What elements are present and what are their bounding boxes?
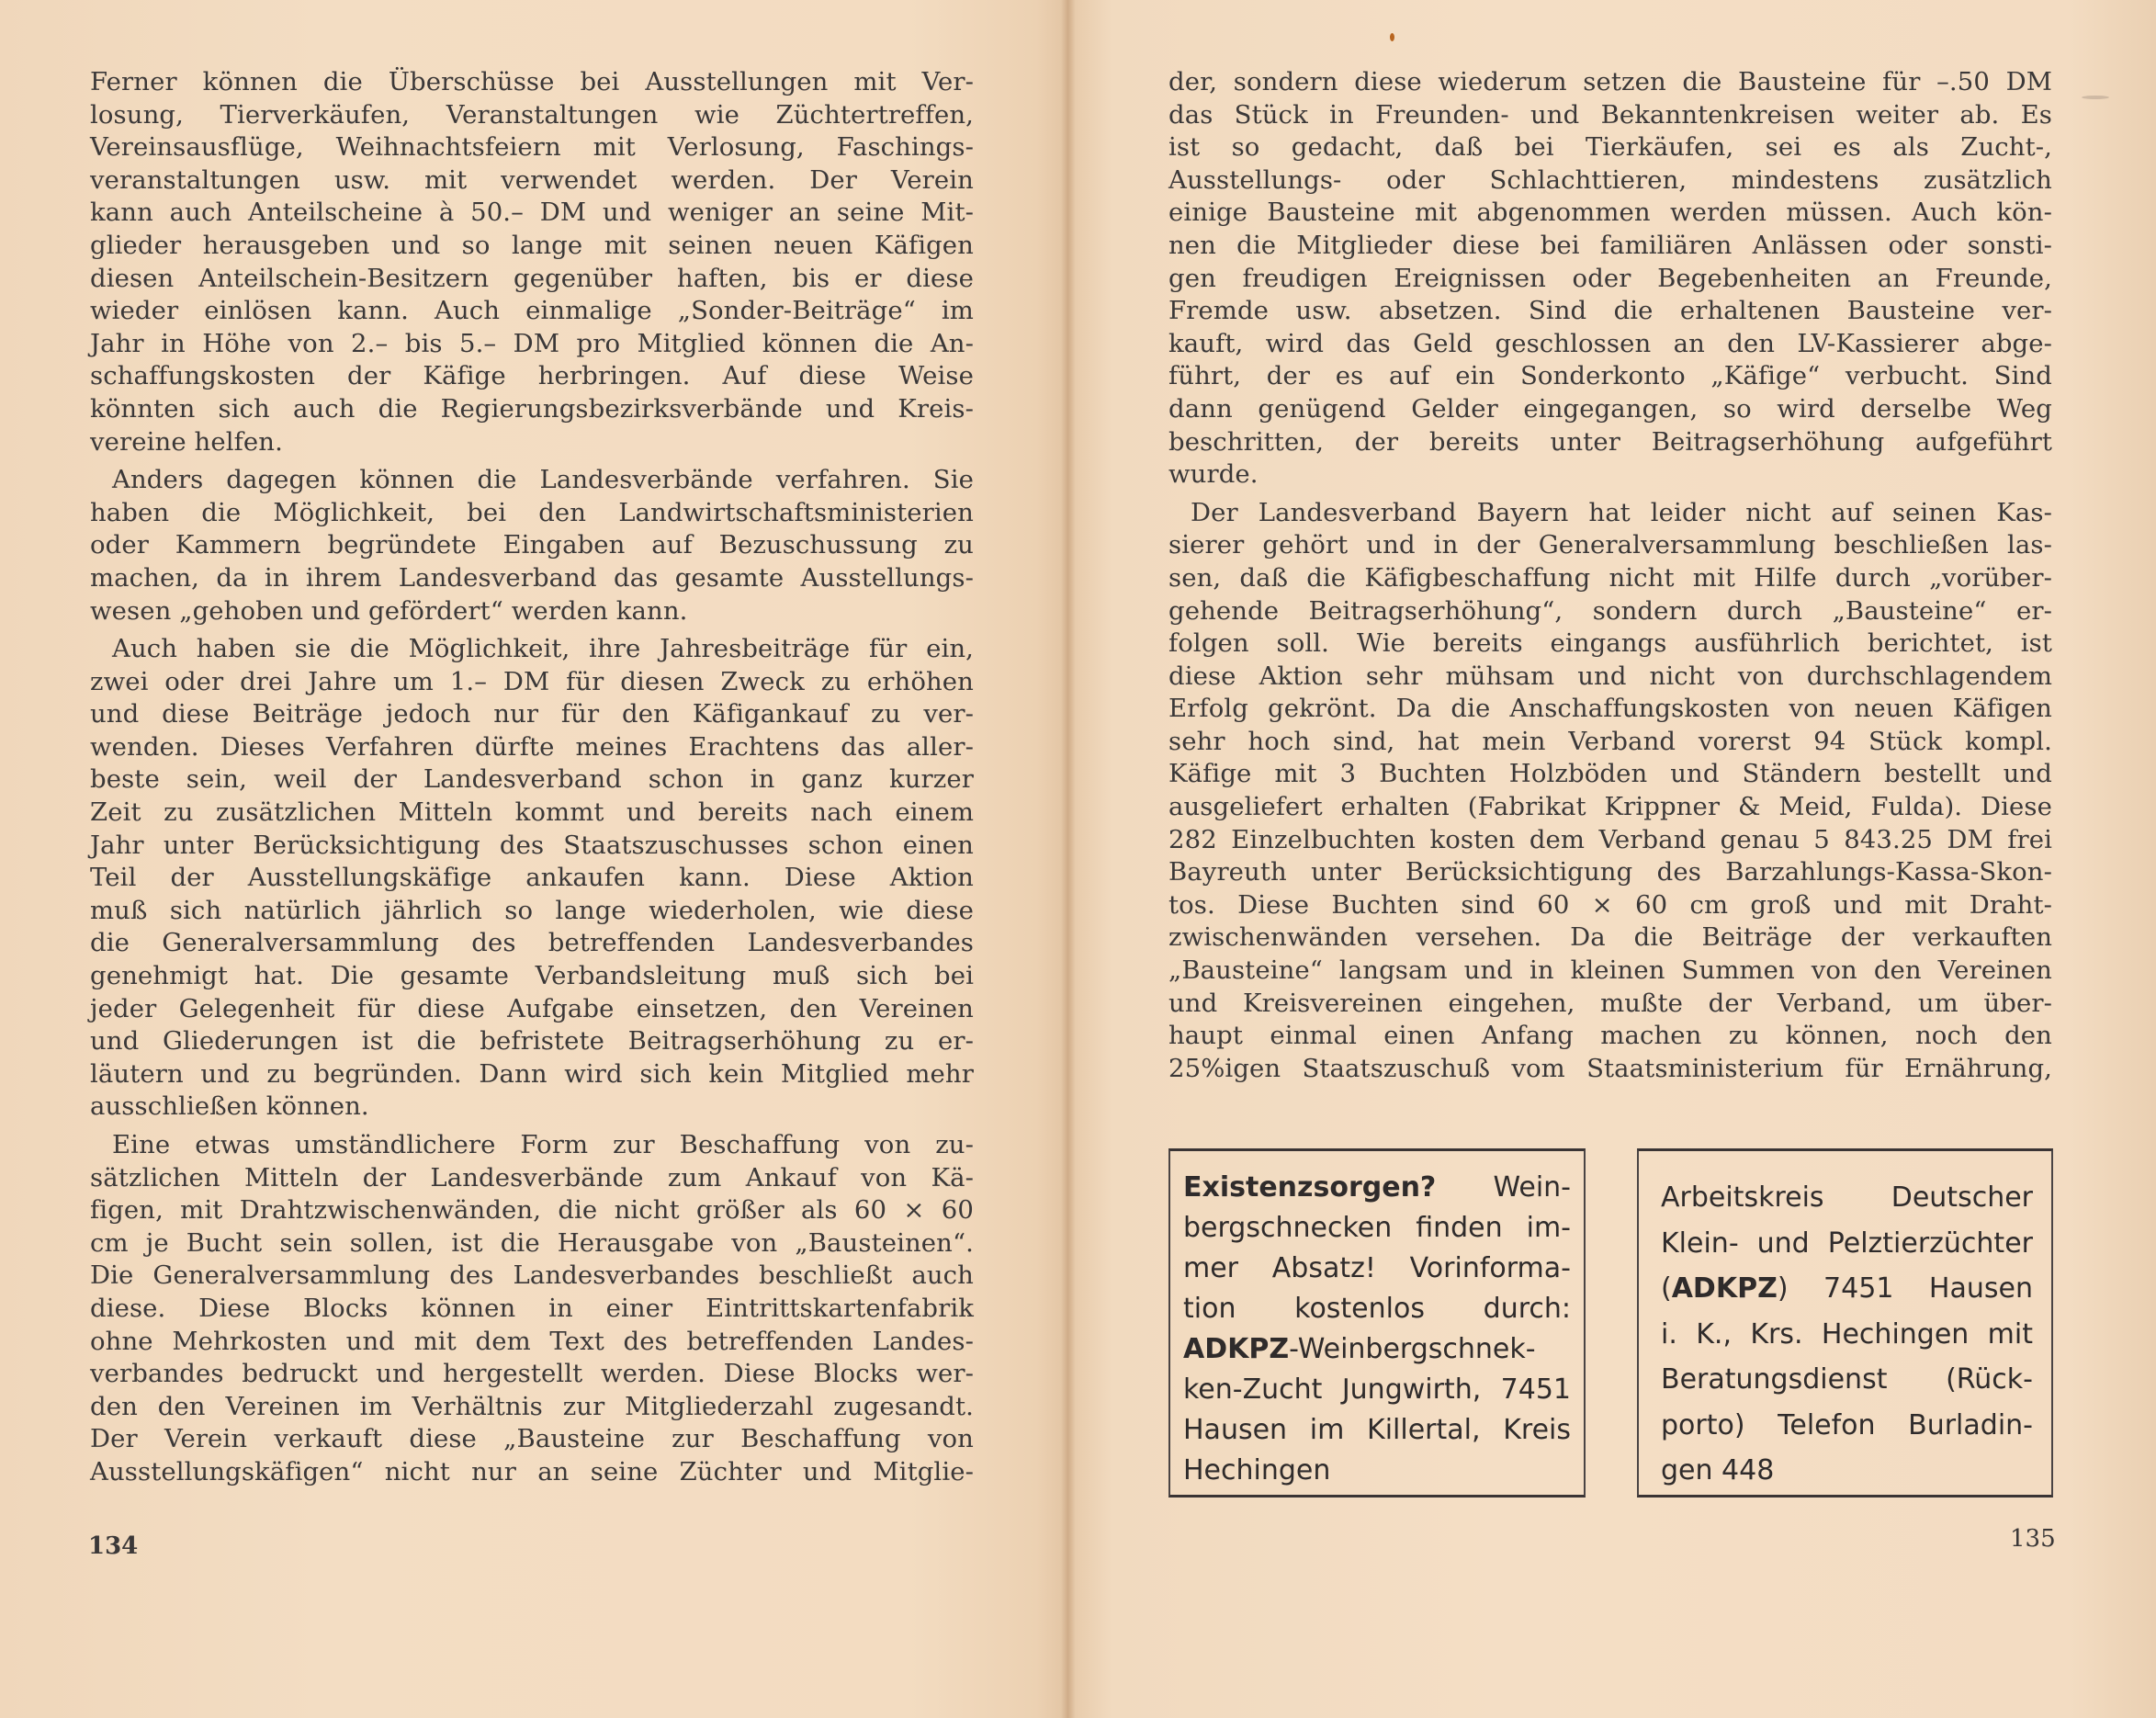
advertisement-snail-breeding: Existenzsorgen? Wein-bergschnecken finde… <box>1168 1148 1586 1498</box>
ad-text-line: mer Absatz! Vorinforma- <box>1183 1249 1571 1289</box>
paragraph: der, sondern diese wiederum setzen die B… <box>1168 66 2052 492</box>
text-line: zwei oder drei Jahre um 1.– DM für diese… <box>90 666 974 699</box>
ad-bold-text: ADKPZ <box>1672 1272 1778 1305</box>
ad-text: ken-Zucht Jungwirth, 7451 <box>1183 1373 1571 1406</box>
text-line: Jahr unter Berücksichtigung des Staatszu… <box>90 830 974 863</box>
text-line: dann genügend Gelder eingegangen, so wir… <box>1168 393 2052 426</box>
text-line: Jahr in Höhe von 2.– bis 5.– DM pro Mitg… <box>90 328 974 361</box>
ad-text-line: ADKPZ-Weinbergschnek- <box>1183 1329 1571 1370</box>
text-line: das Stück in Freunden- und Bekanntenkrei… <box>1168 99 2052 132</box>
text-line: Ferner können die Überschüsse bei Ausste… <box>90 66 974 99</box>
text-line: haben die Möglichkeit, bei den Landwirts… <box>90 497 974 530</box>
ad-text: gen 448 <box>1661 1454 1774 1486</box>
text-line: Käfige mit 3 Buchten Holzböden und Ständ… <box>1168 758 2052 791</box>
paragraph: Der Landesverband Bayern hat leider nich… <box>1168 497 2052 1086</box>
paragraph: Anders dagegen können die Landesverbände… <box>90 464 974 627</box>
ink-speck <box>1390 33 1394 41</box>
text-line: veranstaltungen usw. mit verwendet werde… <box>90 164 974 198</box>
text-line: 282 Einzelbuchten kosten dem Verband gen… <box>1168 824 2052 857</box>
text-line: genehmigt hat. Die gesamte Verbandsleitu… <box>90 960 974 993</box>
text-line: ist so gedacht, daß bei Tierkäufen, sei … <box>1168 131 2052 164</box>
paragraph: Ferner können die Überschüsse bei Ausste… <box>90 66 974 458</box>
text-line: folgen soll. Wie bereits eingangs ausfüh… <box>1168 627 2052 661</box>
text-line: einige Bausteine mit abgenommen werden m… <box>1168 197 2052 230</box>
text-line: Bayreuth unter Berücksichtigung des Barz… <box>1168 856 2052 889</box>
text-line: könnten sich auch die Regierungsbezirksv… <box>90 393 974 426</box>
text-line: machen, da in ihrem Landesverband das ge… <box>90 562 974 595</box>
text-line: Vereinsausflüge, Weihnachtsfeiern mit Ve… <box>90 131 974 164</box>
text-line: die Generalversammlung des betreffenden … <box>90 927 974 960</box>
text-line: losung, Tierverkäufen, Veranstaltungen w… <box>90 99 974 132</box>
ad-text-line: ken-Zucht Jungwirth, 7451 <box>1183 1370 1571 1410</box>
text-line: schaffungskosten der Käfige herbringen. … <box>90 360 974 393</box>
ad-text-line: Hechingen <box>1183 1451 1571 1491</box>
ad-text-line: porto) Telefon Burladin- <box>1661 1403 2033 1449</box>
text-line: cm je Bucht sein sollen, ist die Herausg… <box>90 1227 974 1260</box>
text-line: diesen Anteilschein-Besitzern gegenüber … <box>90 263 974 296</box>
text-line: figen, mit Drahtzwischenwänden, die nich… <box>90 1194 974 1227</box>
text-line: Fremde usw. absetzen. Sind die erhaltene… <box>1168 295 2052 328</box>
left-page-text: Ferner können die Überschüsse bei Ausste… <box>90 66 974 1489</box>
ad-text: tion kostenlos durch: <box>1183 1293 1571 1325</box>
text-line: Anders dagegen können die Landesverbände… <box>90 464 974 497</box>
paragraph: Eine etwas umständlichere Form zur Besch… <box>90 1129 974 1489</box>
text-line: Erfolg gekrönt. Da die Anschaffungskoste… <box>1168 693 2052 726</box>
text-line: den den Vereinen im Verhältnis zur Mitgl… <box>90 1391 974 1424</box>
text-line: zwischenwänden versehen. Da die Beiträge… <box>1168 921 2052 955</box>
text-line: gen freudigen Ereignissen oder Begebenhe… <box>1168 263 2052 296</box>
ad-bold-text: Existenzsorgen? <box>1183 1171 1436 1204</box>
text-line: tos. Diese Buchten sind 60 × 60 cm groß … <box>1168 889 2052 922</box>
text-line: beste sein, weil der Landesverband schon… <box>90 763 974 797</box>
text-line: beschritten, der bereits unter Beitragse… <box>1168 426 2052 459</box>
paper-smudge <box>2082 96 2109 99</box>
text-line: Zeit zu zusätzlichen Mitteln kommt und b… <box>90 797 974 830</box>
ad-text: mer Absatz! Vorinforma- <box>1183 1252 1571 1284</box>
text-line: wesen „gehoben und gefördert“ werden kan… <box>90 595 974 628</box>
text-line: wurde. <box>1168 458 2052 492</box>
text-line: kauft, wird das Geld geschlossen an den … <box>1168 328 2052 361</box>
text-line: ohne Mehrkosten und mit dem Text des bet… <box>90 1326 974 1359</box>
text-line: Auch haben sie die Möglichkeit, ihre Jah… <box>90 633 974 666</box>
text-line: Der Landesverband Bayern hat leider nich… <box>1168 497 2052 530</box>
text-line: Der Verein verkauft diese „Bausteine zur… <box>90 1423 974 1456</box>
text-line: diese Aktion sehr mühsam und nicht von d… <box>1168 661 2052 694</box>
ad-text: porto) Telefon Burladin- <box>1661 1409 2033 1441</box>
text-line: sätzlichen Mitteln der Landesverbände zu… <box>90 1162 974 1195</box>
ad-text-line: bergschnecken finden im- <box>1183 1208 1571 1249</box>
ad-text: Beratungsdienst (Rück- <box>1661 1363 2033 1396</box>
text-line: gehende Beitragserhöhung“, sondern durch… <box>1168 595 2052 628</box>
ad-text: Klein- und Pelztierzüchter <box>1661 1227 2033 1260</box>
right-page-text: der, sondern diese wiederum setzen die B… <box>1168 66 2052 1085</box>
page-number-left: 134 <box>88 1532 138 1560</box>
text-line: und Gliederungen ist die befristete Beit… <box>90 1025 974 1058</box>
ad-bold-text: ADKPZ <box>1183 1333 1289 1365</box>
text-line: glieder herausgeben und so lange mit sei… <box>90 230 974 263</box>
text-line: Teil der Ausstellungskäfige ankaufen kan… <box>90 862 974 895</box>
text-line: und Kreisvereinen eingehen, mußte der Ve… <box>1168 988 2052 1021</box>
ad-text-line: Klein- und Pelztierzüchter <box>1661 1221 2033 1267</box>
ad-text: Wein- <box>1436 1171 1571 1204</box>
paragraph: Auch haben sie die Möglichkeit, ihre Jah… <box>90 633 974 1124</box>
text-line: „Bausteine“ langsam und in kleinen Summe… <box>1168 955 2052 988</box>
text-line: ausgeliefert erhalten (Fabrikat Krippner… <box>1168 791 2052 824</box>
text-line: sen, daß die Käfigbeschaffung nicht mit … <box>1168 562 2052 595</box>
page-number-right: 135 <box>2010 1525 2056 1553</box>
text-line: sierer gehört und in der Generalversamml… <box>1168 529 2052 562</box>
ad-text: Hausen im Killertal, Kreis <box>1183 1414 1571 1446</box>
ad-text: Hechingen <box>1183 1454 1330 1486</box>
text-line: läutern und zu begründen. Dann wird sich… <box>90 1058 974 1091</box>
ad-text: i. K., Krs. Hechingen mit <box>1661 1318 2033 1351</box>
ad-text-line: Beratungsdienst (Rück- <box>1661 1357 2033 1403</box>
text-line: verbandes bedruckt und hergestellt werde… <box>90 1358 974 1391</box>
ad-text-line: (ADKPZ) 7451 Hausen <box>1661 1266 2033 1312</box>
text-line: Die Generalversammlung des Landesverband… <box>90 1260 974 1293</box>
ad-text-line: Arbeitskreis Deutscher <box>1661 1175 2033 1221</box>
ad-text-line: gen 448 <box>1661 1448 2033 1494</box>
text-line: haupt einmal einen Anfang machen zu könn… <box>1168 1020 2052 1053</box>
text-line: jeder Gelegenheit für diese Aufgabe eins… <box>90 993 974 1026</box>
text-line: nen die Mitglieder diese bei familiären … <box>1168 230 2052 263</box>
ad-text: -Weinbergschnek- <box>1289 1333 1535 1365</box>
text-line: Eine etwas umständlichere Form zur Besch… <box>90 1129 974 1162</box>
text-line: wenden. Dieses Verfahren dürfte meines E… <box>90 731 974 764</box>
ad-text-line: Existenzsorgen? Wein- <box>1183 1168 1571 1208</box>
text-line: und diese Beiträge jedoch nur für den Kä… <box>90 698 974 731</box>
text-line: diese. Diese Blocks können in einer Eint… <box>90 1293 974 1326</box>
text-line: muß sich natürlich jährlich so lange wie… <box>90 895 974 928</box>
ad-text-line: i. K., Krs. Hechingen mit <box>1661 1312 2033 1358</box>
ad-text: bergschnecken finden im- <box>1183 1212 1571 1244</box>
text-line: Ausstellungs- oder Schlachttieren, minde… <box>1168 164 2052 198</box>
text-line: 25%igen Staatszuschuß vom Staatsminister… <box>1168 1053 2052 1086</box>
ad-text-line: Hausen im Killertal, Kreis <box>1183 1410 1571 1451</box>
text-line: Ausstellungskäfigen“ nicht nur an seine … <box>90 1456 974 1489</box>
advertisement-adkpz-association: Arbeitskreis DeutscherKlein- und Pelztie… <box>1637 1148 2053 1498</box>
text-line: sehr hoch sind, hat mein Verband vorerst… <box>1168 726 2052 759</box>
ad-text: Arbeitskreis Deutscher <box>1661 1181 2033 1214</box>
book-gutter <box>1061 0 1076 1718</box>
text-line: vereine helfen. <box>90 426 974 459</box>
text-line: wieder einlösen kann. Auch einmalige „So… <box>90 295 974 328</box>
text-line: kann auch Anteilscheine à 50.– DM und we… <box>90 197 974 230</box>
text-line: oder Kammern begründete Eingaben auf Bez… <box>90 529 974 562</box>
ad-text: ) 7451 Hausen <box>1778 1272 2033 1305</box>
ad-text-prefix: ( <box>1661 1272 1672 1305</box>
text-line: führt, der es auf ein Sonderkonto „Käfig… <box>1168 360 2052 393</box>
text-line: der, sondern diese wiederum setzen die B… <box>1168 66 2052 99</box>
text-line: ausschließen können. <box>90 1091 974 1124</box>
ad-text-line: tion kostenlos durch: <box>1183 1289 1571 1329</box>
